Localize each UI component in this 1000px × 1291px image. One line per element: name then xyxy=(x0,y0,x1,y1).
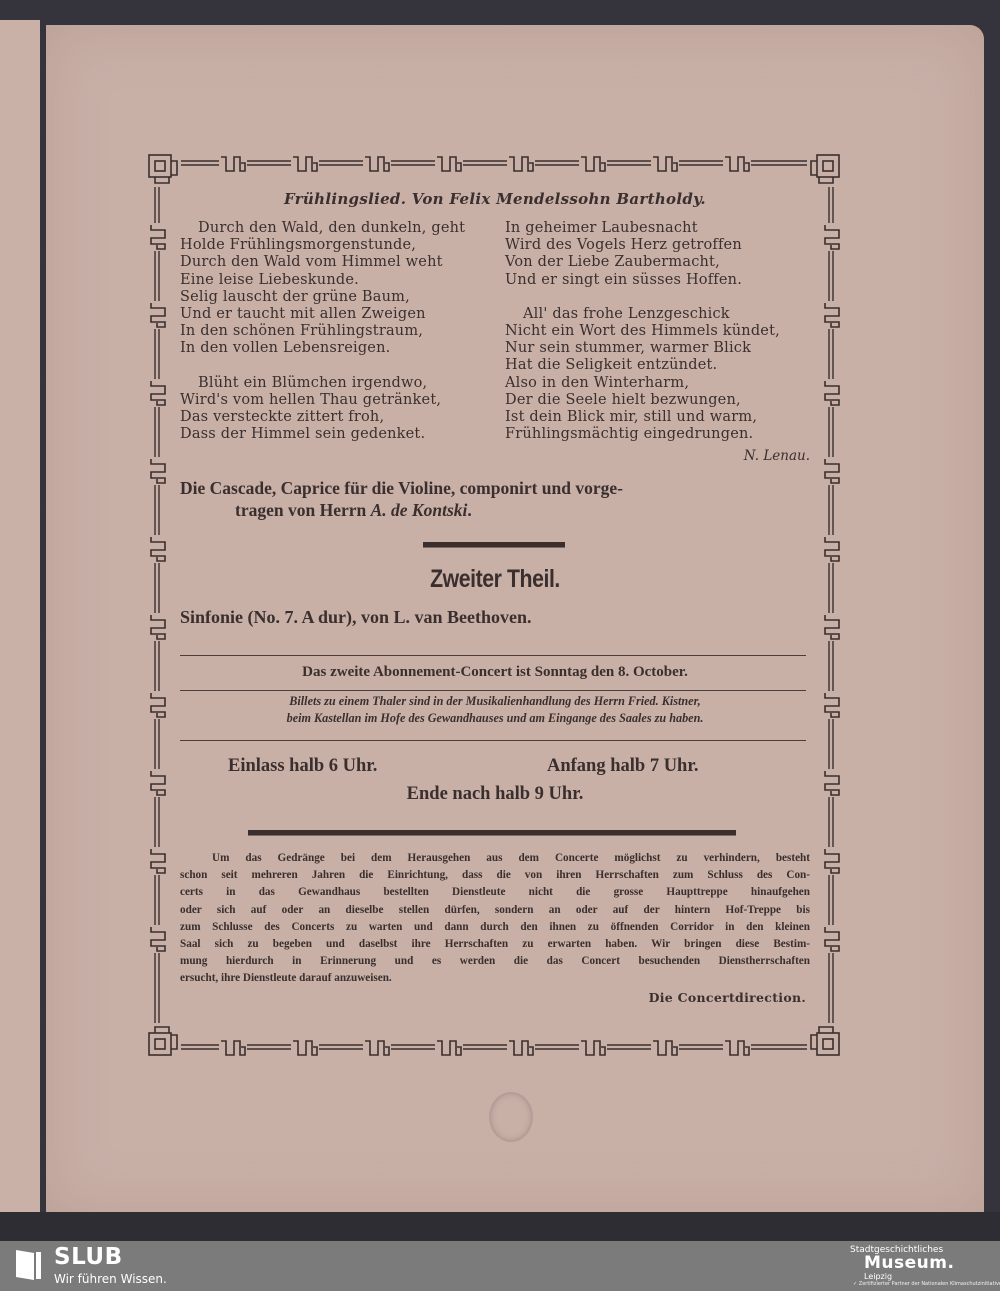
footer-bar: SLUB Wir führen Wissen. Stadtgeschichtli… xyxy=(0,1241,1000,1291)
signature: Die Concertdirection. xyxy=(510,990,806,1005)
poem-line: In geheimer Laubesnacht xyxy=(505,220,780,237)
rule xyxy=(180,740,806,741)
symphony-item: Sinfonie (No. 7. A dur), von L. van Beet… xyxy=(180,607,810,628)
notice-line: schon seit mehreren Jahren die Einrichtu… xyxy=(180,867,810,884)
notice-line: Um das Gedränge bei dem Herausgehen aus … xyxy=(180,850,810,867)
poem-line: Blüht ein Blümchen irgendwo, xyxy=(180,375,465,392)
section-title: Zweiter Theil. xyxy=(227,565,763,594)
cascade-text: tragen von Herrn xyxy=(235,500,371,520)
rule xyxy=(180,655,806,656)
poem-line: Durch den Wald vom Himmel weht xyxy=(180,254,465,271)
poem-line: Nur sein stummer, warmer Blick xyxy=(505,340,780,357)
poem-line: Holde Frühlingsmorgenstunde, xyxy=(180,237,465,254)
ticket-line: Billets zu einem Thaler sind in der Musi… xyxy=(180,693,810,710)
admission-time: Einlass halb 6 Uhr. xyxy=(228,756,377,777)
cascade-period: . xyxy=(467,500,471,520)
notice-line: Saal sich zu begeben und daselbst ihre H… xyxy=(180,936,810,953)
museum-line-2: Museum. xyxy=(864,1253,954,1273)
slub-logo-name[interactable]: SLUB xyxy=(54,1244,123,1270)
section-divider xyxy=(248,830,736,836)
ticket-info: Billets zu einem Thaler sind in der Musi… xyxy=(180,693,810,727)
adjacent-page-edge xyxy=(0,20,40,1215)
cascade-line-1: Die Cascade, Caprice für die Violine, co… xyxy=(180,478,623,498)
notice-line: mung hierdurch in Erinnerung und es werd… xyxy=(180,953,810,970)
poem-line: Ist dein Blick mir, still und warm, xyxy=(505,409,780,426)
notice-line: zum Schlusse des Concerts zu warten und … xyxy=(180,919,810,936)
poem-line: Und er singt ein süsses Hoffen. xyxy=(505,272,780,289)
poem-line: Von der Liebe Zaubermacht, xyxy=(505,254,780,271)
poem-line: Nicht ein Wort des Himmels kündet, xyxy=(505,323,780,340)
slub-tagline: Wir führen Wissen. xyxy=(54,1272,167,1286)
performer-name: A. de Kontski xyxy=(371,500,468,520)
poem-line: Wird's vom hellen Thau getränket, xyxy=(180,392,465,409)
poem-line: Eine leise Liebeskunde. xyxy=(180,272,465,289)
notice-line: oder sich auf oder an dieselbe stellen d… xyxy=(180,902,810,919)
cascade-line-2: tragen von Herrn A. de Kontski. xyxy=(180,499,810,521)
poem-line: All' das frohe Lenzgeschick xyxy=(505,306,780,323)
poem-line: Und er taucht mit allen Zweigen xyxy=(180,306,465,323)
next-concert-announcement: Das zweite Abonnement-Concert ist Sonnta… xyxy=(180,664,810,681)
poem-line: Dass der Himmel sein gedenket. xyxy=(180,426,465,443)
poem-line: In den schönen Frühlingstraum, xyxy=(180,323,465,340)
end-time: Ende nach halb 9 Uhr. xyxy=(180,784,810,805)
poem-line: Wird des Vogels Herz getroffen xyxy=(505,237,780,254)
notice-paragraph: Um das Gedränge bei dem Herausgehen aus … xyxy=(180,850,810,988)
ticket-line: beim Kastellan im Hofe des Gewandhauses … xyxy=(180,710,810,727)
section-divider xyxy=(423,542,565,548)
museum-certification: ✓ Zertifizierter Partner der Nationalen … xyxy=(853,1281,1000,1287)
poem-line: Das versteckte zittert froh, xyxy=(180,409,465,426)
book-icon xyxy=(14,1248,44,1282)
embossed-seal xyxy=(489,1092,533,1142)
poem-line: Selig lauscht der grüne Baum, xyxy=(180,289,465,306)
poem-right-column: In geheimer Laubesnacht Wird des Vogels … xyxy=(505,220,780,443)
poem-line: Der die Seele hielt bezwungen, xyxy=(505,392,780,409)
start-time: Anfang halb 7 Uhr. xyxy=(547,756,698,777)
poem-line: Also in den Winterharm, xyxy=(505,375,780,392)
poem-line: In den vollen Lebensreigen. xyxy=(180,340,465,357)
poem-line: Hat die Seligkeit entzündet. xyxy=(505,357,780,374)
poem-author: N. Lenau. xyxy=(640,448,810,464)
rule xyxy=(180,690,806,691)
notice-line: certs in das Gewandhaus bestellten Diens… xyxy=(180,884,810,901)
page-shadow xyxy=(0,1212,1000,1242)
cascade-program-item: Die Cascade, Caprice für die Violine, co… xyxy=(180,477,810,521)
poem-line: Frühlingsmächtig eingedrungen. xyxy=(505,426,780,443)
museum-line-3: Leipzig xyxy=(864,1272,892,1281)
poem-left-column: Durch den Wald, den dunkeln, geht Holde … xyxy=(180,220,465,443)
notice-line: ersucht, ihre Dienstleute darauf anzuwei… xyxy=(180,970,810,987)
poem-line: Durch den Wald, den dunkeln, geht xyxy=(180,220,465,237)
song-title: Frühlingslied. Von Felix Mendelssohn Bar… xyxy=(180,190,810,208)
